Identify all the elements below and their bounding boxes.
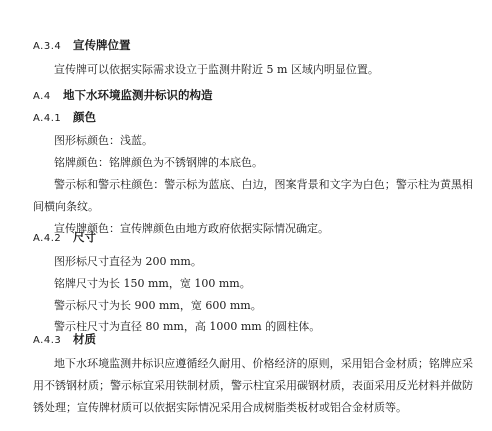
section-title: 地下水环境监测井标识的构造 (63, 88, 213, 102)
paragraph: 铭牌尺寸为长 150 mm，宽 100 mm。 (33, 273, 473, 295)
section-title: 宣传牌位置 (73, 38, 131, 52)
paragraph: 宣传牌可以依据实际需求设立于监测井附近 5 m 区域内明显位置。 (33, 59, 473, 81)
section-title: 颜色 (73, 110, 96, 124)
section-heading-a-4: A.4地下水环境监测井标识的构造 (33, 88, 213, 104)
section-heading-a-3-4: A.3.4宣传牌位置 (33, 38, 131, 54)
paragraph: 宣传牌颜色：宣传牌颜色由地方政府依据实际情况确定。 (33, 218, 473, 240)
section-heading-a-4-2: A.4.2尺寸 (33, 230, 96, 246)
paragraph: 图形标颜色：浅蓝。 (33, 130, 473, 152)
paragraph: 警示标尺寸为长 900 mm，宽 600 mm。 (33, 295, 473, 317)
paragraph: 铭牌颜色：铭牌颜色为不锈钢牌的本底色。 (33, 152, 473, 174)
section-heading-a-4-3: A.4.3材质 (33, 332, 96, 348)
paragraph: 警示标和警示柱颜色：警示标为蓝底、白边，图案背景和文字为白色；警示柱为黄黑相间横… (33, 174, 473, 218)
section-number: A.4.1 (33, 112, 73, 126)
section-number: A.4 (33, 90, 63, 104)
section-number: A.4.3 (33, 334, 73, 348)
section-number: A.3.4 (33, 40, 73, 54)
section-heading-a-4-1: A.4.1颜色 (33, 110, 96, 126)
paragraph: 图形标尺寸直径为 200 mm。 (33, 251, 473, 273)
paragraph: 警示柱尺寸为直径 80 mm，高 1000 mm 的圆柱体。 (33, 316, 473, 338)
section-number: A.4.2 (33, 232, 73, 246)
section-title: 材质 (73, 332, 96, 346)
paragraph: 地下水环境监测井标识应遵循经久耐用、价格经济的原则，采用铝合金材质；铭牌应采用不… (33, 353, 473, 419)
section-title: 尺寸 (73, 230, 96, 244)
